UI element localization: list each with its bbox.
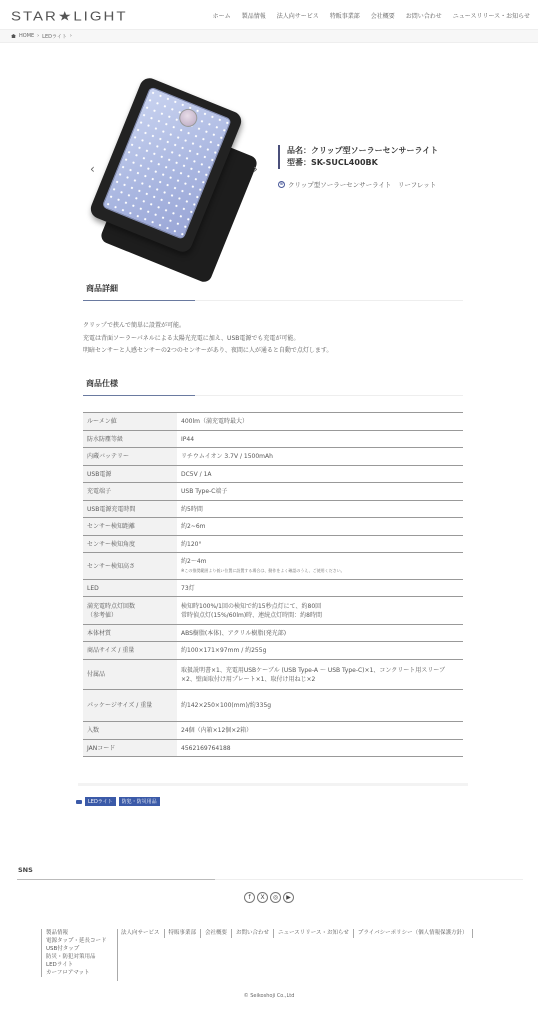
spec-key: センサー検知距離 [83, 518, 177, 536]
tag-security-disaster[interactable]: 防犯・防災用品 [119, 797, 160, 806]
footer-link-power-strips[interactable]: 電源タップ・延長コード [46, 937, 107, 945]
divider-accent [83, 395, 195, 396]
spec-value: 約120° [177, 536, 463, 553]
table-row: 満充電時点灯回数 （参考値）検知時100%/1回の検知で約15秒点灯にて、約80… [83, 597, 463, 625]
footer-link-company[interactable]: 会社概要 [201, 929, 232, 938]
nav-business-services[interactable]: 法人向サービス [277, 11, 319, 20]
table-row: 商品サイズ / 重量約100×171×97mm / 約255g [83, 642, 463, 660]
details-line: 充電は背面ソーラーパネルによる太陽光充電に加え、USB電源でも充電が可能。 [83, 333, 332, 346]
footer-links: 法人向サービス 特販事業部 会社概要 お問い合わせ ニュースリリース・お知らせ … [121, 929, 473, 938]
table-row: パッケージサイズ / 重量約142×250×100(mm)/約335g [83, 690, 463, 722]
table-row: 入数24個（内箱×12個×2箱） [83, 722, 463, 740]
youtube-icon[interactable]: ▶ [283, 892, 294, 903]
specs-section-title: 商品仕様 [83, 378, 463, 396]
spec-value: USB Type-C端子 [177, 483, 463, 501]
details-line: 明暗センサーと人感センサーの2つのセンサーがあり、夜間に人が通ると自動で点灯しま… [83, 345, 332, 358]
spec-value: 24個（内箱×12個×2箱） [177, 722, 463, 740]
spec-note: ※この推奨範囲より低い位置に設置する場合は、動作をよく確認のうえ、ご使用ください… [181, 566, 459, 575]
spec-key: 内蔵バッテリー [83, 448, 177, 466]
spec-value: 4562169764188 [177, 740, 463, 757]
table-row: 付属品取扱説明書×1、充電用USBケーブル (USB Type-A ～ USB … [83, 660, 463, 690]
leaflet-link[interactable]: ⊕ クリップ型ソーラーセンサーライト リーフレット [278, 180, 436, 189]
footer-link-led-lights[interactable]: LEDライト [46, 961, 107, 969]
table-row: 本体材質ABS樹脂(本体)、アクリル樹脂(発光部) [83, 625, 463, 642]
spec-key: 充電端子 [83, 483, 177, 501]
spec-key: ルーメン値 [83, 413, 177, 431]
spec-value: 約5時間 [177, 501, 463, 518]
spec-value: 約100×171×97mm / 約255g [177, 642, 463, 660]
details-section-title: 商品詳細 [83, 283, 463, 301]
spec-value: 検知時100%/1回の検知で約15秒点灯にて、約80回 常時偵点灯(15%/60… [177, 597, 463, 625]
breadcrumb-separator: › [37, 33, 39, 39]
spec-key: LED [83, 580, 177, 597]
spec-key: パッケージサイズ / 重量 [83, 690, 177, 722]
details-line: クリップで挟んで簡単に設置が可能。 [83, 320, 332, 333]
nav-company[interactable]: 会社概要 [371, 11, 395, 20]
spec-key: 付属品 [83, 660, 177, 690]
spec-value: 約2~6m [177, 518, 463, 536]
site-header: STAR★LIGHT ホーム 製品情報 法人向サービス 特販事業部 会社概要 お… [0, 0, 538, 30]
sns-icons: f X ◎ ▶ [244, 892, 294, 903]
spec-key: USB電源充電時間 [83, 501, 177, 518]
footer-products-column: 製品情報 電源タップ・延長コード USB付タップ 防災・防犯対策用品 LEDライ… [41, 929, 107, 977]
spec-key: 満充電時点灯回数 （参考値） [83, 597, 177, 625]
site-logo[interactable]: STAR★LIGHT [11, 8, 128, 23]
spec-key: 商品サイズ / 重量 [83, 642, 177, 660]
table-row: JANコード4562169764188 [83, 740, 463, 757]
spec-key: センサー検知高さ [83, 553, 177, 580]
instagram-icon[interactable]: ◎ [270, 892, 281, 903]
footer-link-special-sales[interactable]: 特販事業部 [165, 929, 202, 938]
copyright: © Seikoshoji Co.,Ltd [0, 993, 538, 999]
details-text: クリップで挟んで簡単に設置が可能。 充電は背面ソーラーパネルによる太陽光充電に加… [83, 320, 332, 358]
spec-key: センサー検知角度 [83, 536, 177, 553]
product-model: 型番：SK-SUCL400BK [287, 157, 438, 169]
table-row: ルーメン値400lm（満充電時最大） [83, 413, 463, 431]
nav-special-sales[interactable]: 特販事業部 [330, 11, 360, 20]
tag-led-light[interactable]: LEDライト [85, 797, 116, 806]
section-bottom-shadow [78, 783, 468, 786]
spec-key: 入数 [83, 722, 177, 740]
folder-icon [76, 800, 82, 804]
product-gallery: ‹ › [90, 80, 260, 260]
breadcrumb-home[interactable]: HOME [19, 33, 34, 39]
spec-value: 73灯 [177, 580, 463, 597]
specs-heading: 商品仕様 [83, 378, 463, 390]
details-heading: 商品詳細 [83, 283, 463, 295]
divider [117, 929, 118, 981]
table-row: センサー検知高さ約2～4m※この推奨範囲より低い位置に設置する場合は、動作をよく… [83, 553, 463, 580]
table-row: センサー検知距離約2~6m [83, 518, 463, 536]
footer-link-privacy[interactable]: プライバシーポリシー（個人情報保護方針） [354, 929, 473, 938]
leaflet-label[interactable]: クリップ型ソーラーセンサーライト リーフレット [288, 180, 436, 189]
table-row: LED73灯 [83, 580, 463, 597]
sns-heading: SNS [18, 866, 33, 874]
main-nav: ホーム 製品情報 法人向サービス 特販事業部 会社概要 お問い合わせ ニュースリ… [213, 11, 530, 20]
spec-value: IP44 [177, 431, 463, 448]
footer-link-business[interactable]: 法人向サービス [121, 929, 165, 938]
divider-accent [17, 879, 215, 880]
footer-link-contact[interactable]: お問い合わせ [232, 929, 274, 938]
table-row: 防水防塵等級IP44 [83, 431, 463, 448]
x-icon[interactable]: X [257, 892, 268, 903]
breadcrumb: HOME › LEDライト › [0, 30, 538, 43]
nav-news[interactable]: ニュースリリース・お知らせ [453, 11, 530, 20]
category-tags: LEDライト 防犯・防災用品 [76, 797, 160, 806]
spec-value: 約2～4m※この推奨範囲より低い位置に設置する場合は、動作をよく確認のうえ、ご使… [177, 553, 463, 580]
footer-link-disaster-goods[interactable]: 防災・防犯対策用品 [46, 953, 107, 961]
nav-products[interactable]: 製品情報 [242, 11, 266, 20]
spec-value-main: 約2～4m [181, 557, 459, 566]
spec-table: ルーメン値400lm（満充電時最大） 防水防塵等級IP44 内蔵バッテリーリチウ… [83, 412, 463, 757]
spec-value: ABS樹脂(本体)、アクリル樹脂(発光部) [177, 625, 463, 642]
spec-value: 約142×250×100(mm)/約335g [177, 690, 463, 722]
circle-plus-icon: ⊕ [278, 181, 285, 188]
spec-key: JANコード [83, 740, 177, 757]
spec-value: DC5V / 1A [177, 466, 463, 483]
spec-key: 防水防塵等級 [83, 431, 177, 448]
table-row: 内蔵バッテリーリチウムイオン 3.7V / 1500mAh [83, 448, 463, 466]
gallery-next-button[interactable]: › [253, 162, 258, 176]
home-icon [11, 34, 16, 38]
spec-value: リチウムイオン 3.7V / 1500mAh [177, 448, 463, 466]
spec-value: 取扱説明書×1、充電用USBケーブル (USB Type-A ～ USB Typ… [177, 660, 463, 690]
table-row: 充電端子USB Type-C端子 [83, 483, 463, 501]
nav-contact[interactable]: お問い合わせ [406, 11, 442, 20]
spec-value: 400lm（満充電時最大） [177, 413, 463, 431]
footer-link-usb-taps[interactable]: USB付タップ [46, 945, 107, 953]
nav-home[interactable]: ホーム [213, 11, 231, 20]
footer-link-car-mats[interactable]: カーフロアマット [46, 969, 107, 977]
breadcrumb-separator: › [70, 33, 72, 39]
breadcrumb-led-light[interactable]: LEDライト [42, 33, 67, 40]
spec-key: 本体材質 [83, 625, 177, 642]
table-row: USB電源DC5V / 1A [83, 466, 463, 483]
footer-link-news[interactable]: ニュースリリース・お知らせ [274, 929, 354, 938]
footer-link-products[interactable]: 製品情報 [46, 929, 107, 937]
gallery-prev-button[interactable]: ‹ [90, 162, 95, 176]
product-name: 品名：クリップ型ソーラーセンサーライト [287, 145, 438, 157]
table-row: センサー検知角度約120° [83, 536, 463, 553]
facebook-icon[interactable]: f [244, 892, 255, 903]
product-info: 品名：クリップ型ソーラーセンサーライト 型番：SK-SUCL400BK [278, 145, 438, 169]
table-row: USB電源充電時間約5時間 [83, 501, 463, 518]
divider-accent [83, 300, 195, 301]
spec-key: USB電源 [83, 466, 177, 483]
